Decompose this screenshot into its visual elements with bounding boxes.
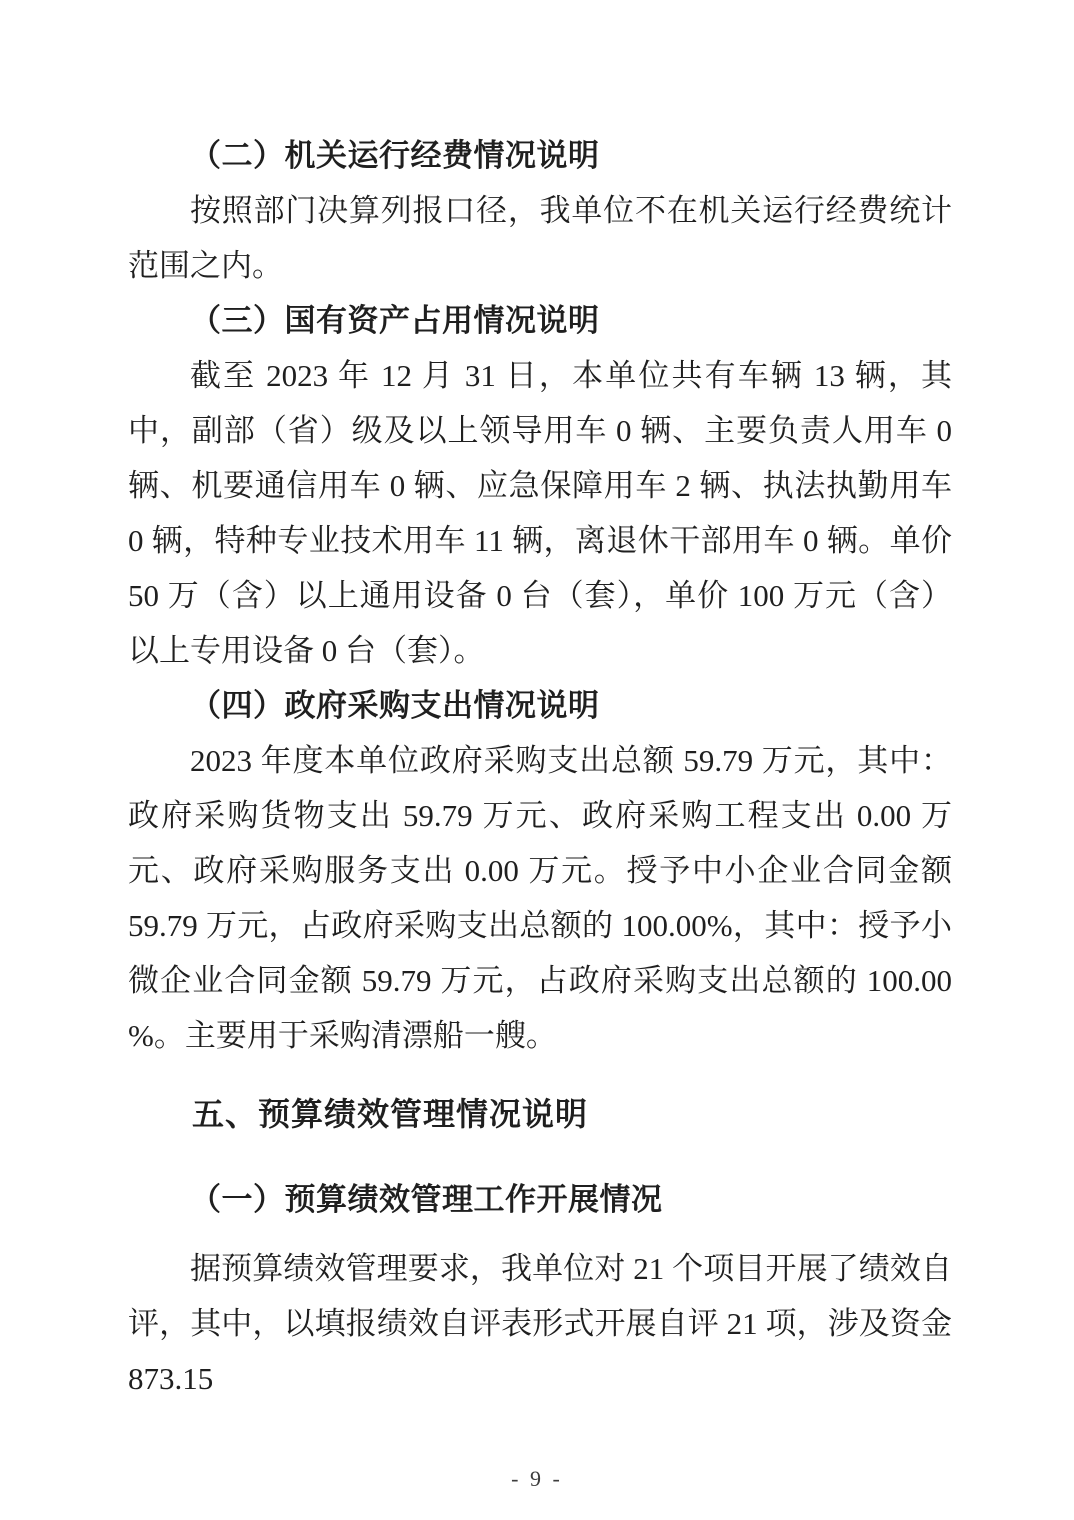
para-organ-operating-expenses: 按照部门决算列报口径，我单位不在机关运行经费统计范围之内。 (128, 183, 952, 293)
chapter-heading-budget-performance: 五、预算绩效管理情况说明 (128, 1087, 952, 1142)
document-page: （二）机关运行经费情况说明 按照部门决算列报口径，我单位不在机关运行经费统计范围… (0, 0, 1074, 1520)
heading-organ-operating-expenses: （二）机关运行经费情况说明 (128, 128, 952, 183)
document-content: （二）机关运行经费情况说明 按照部门决算列报口径，我单位不在机关运行经费统计范围… (128, 128, 952, 1406)
heading-state-owned-assets: （三）国有资产占用情况说明 (128, 293, 952, 348)
heading-performance-management-work: （一）预算绩效管理工作开展情况 (128, 1172, 952, 1227)
para-government-procurement: 2023 年度本单位政府采购支出总额 59.79 万元，其中：政府采购货物支出 … (128, 733, 952, 1063)
para-performance-management-work: 据预算绩效管理要求，我单位对 21 个项目开展了绩效自评，其中，以填报绩效自评表… (128, 1241, 952, 1406)
heading-government-procurement: （四）政府采购支出情况说明 (128, 678, 952, 733)
para-state-owned-assets: 截至 2023 年 12 月 31 日，本单位共有车辆 13 辆，其中，副部（省… (128, 348, 952, 678)
page-number: - 9 - (0, 1464, 1074, 1494)
